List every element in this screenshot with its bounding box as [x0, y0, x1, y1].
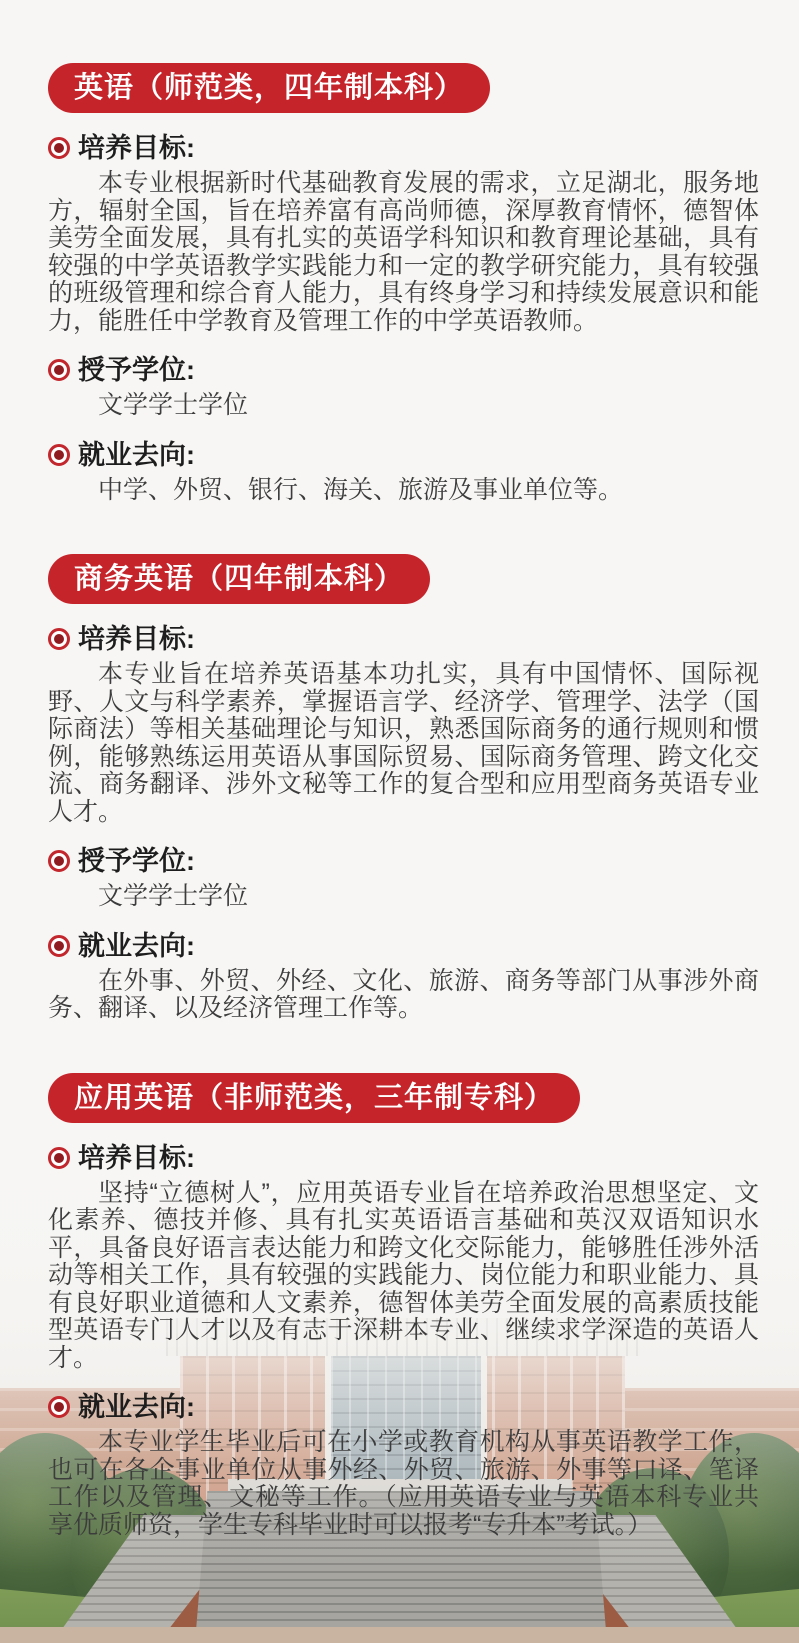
- block-paragraph: 本专业旨在培养英语基本功扎实，具有中国情怀、国际视野、人文与科学素养，掌握语言学…: [48, 661, 759, 826]
- target-bullet-icon: [48, 628, 70, 650]
- block-heading: 培养目标:: [78, 1143, 195, 1173]
- section-title-badge: 应用英语（非师范类，三年制专科）: [48, 1073, 580, 1123]
- target-bullet-icon: [48, 850, 70, 872]
- poster-content: 英语（师范类，四年制本科） 培养目标: 本专业根据新时代基础教育发展的需求，立足…: [0, 0, 799, 1643]
- block-heading: 授予学位:: [78, 846, 195, 876]
- block-heading: 就业去向:: [78, 931, 195, 961]
- block-heading: 培养目标:: [78, 624, 195, 654]
- target-bullet-icon: [48, 444, 70, 466]
- section-business-english: 商务英语（四年制本科） 培养目标: 本专业旨在培养英语基本功扎实，具有中国情怀、…: [48, 554, 759, 1023]
- block-degree: 授予学位: 文学学士学位: [48, 355, 759, 420]
- section-title-badge: 英语（师范类，四年制本科）: [48, 63, 490, 113]
- block-paragraph: 坚持“立德树人”，应用英语专业旨在培养政治思想坚定、文化素养、德技并修、具有扎实…: [48, 1180, 759, 1373]
- block-paragraph: 文学学士学位: [48, 392, 759, 420]
- block-paragraph: 在外事、外贸、外经、文化、旅游、商务等部门从事涉外商务、翻译、以及经济管理工作等…: [48, 968, 759, 1023]
- block-paragraph: 本专业根据新时代基础教育发展的需求，立足湖北，服务地方，辐射全国，旨在培养富有高…: [48, 170, 759, 335]
- section-title-badge: 商务英语（四年制本科）: [48, 554, 430, 604]
- target-bullet-icon: [48, 1147, 70, 1169]
- block-heading: 培养目标:: [78, 133, 195, 163]
- block-heading: 授予学位:: [78, 355, 195, 385]
- section-english-normal: 英语（师范类，四年制本科） 培养目标: 本专业根据新时代基础教育发展的需求，立足…: [48, 63, 759, 504]
- block-employment: 就业去向: 在外事、外贸、外经、文化、旅游、商务等部门从事涉外商务、翻译、以及经…: [48, 931, 759, 1023]
- block-employment: 就业去向: 中学、外贸、银行、海关、旅游及事业单位等。: [48, 440, 759, 505]
- block-training-goal: 培养目标: 本专业旨在培养英语基本功扎实，具有中国情怀、国际视野、人文与科学素养…: [48, 624, 759, 826]
- target-bullet-icon: [48, 935, 70, 957]
- block-employment: 就业去向: 本专业学生毕业后可在小学或教育机构从事英语教学工作，也可在各企事业单…: [48, 1392, 759, 1539]
- block-paragraph: 文学学士学位: [48, 883, 759, 911]
- block-training-goal: 培养目标: 坚持“立德树人”，应用英语专业旨在培养政治思想坚定、文化素养、德技并…: [48, 1143, 759, 1373]
- block-heading: 就业去向:: [78, 1392, 195, 1422]
- block-training-goal: 培养目标: 本专业根据新时代基础教育发展的需求，立足湖北，服务地方，辐射全国，旨…: [48, 133, 759, 335]
- block-heading: 就业去向:: [78, 440, 195, 470]
- block-paragraph: 中学、外贸、银行、海关、旅游及事业单位等。: [48, 477, 759, 505]
- target-bullet-icon: [48, 359, 70, 381]
- block-paragraph: 本专业学生毕业后可在小学或教育机构从事英语教学工作，也可在各企事业单位从事外经、…: [48, 1429, 759, 1539]
- target-bullet-icon: [48, 1396, 70, 1418]
- section-applied-english: 应用英语（非师范类，三年制专科） 培养目标: 坚持“立德树人”，应用英语专业旨在…: [48, 1073, 759, 1540]
- target-bullet-icon: [48, 137, 70, 159]
- block-degree: 授予学位: 文学学士学位: [48, 846, 759, 911]
